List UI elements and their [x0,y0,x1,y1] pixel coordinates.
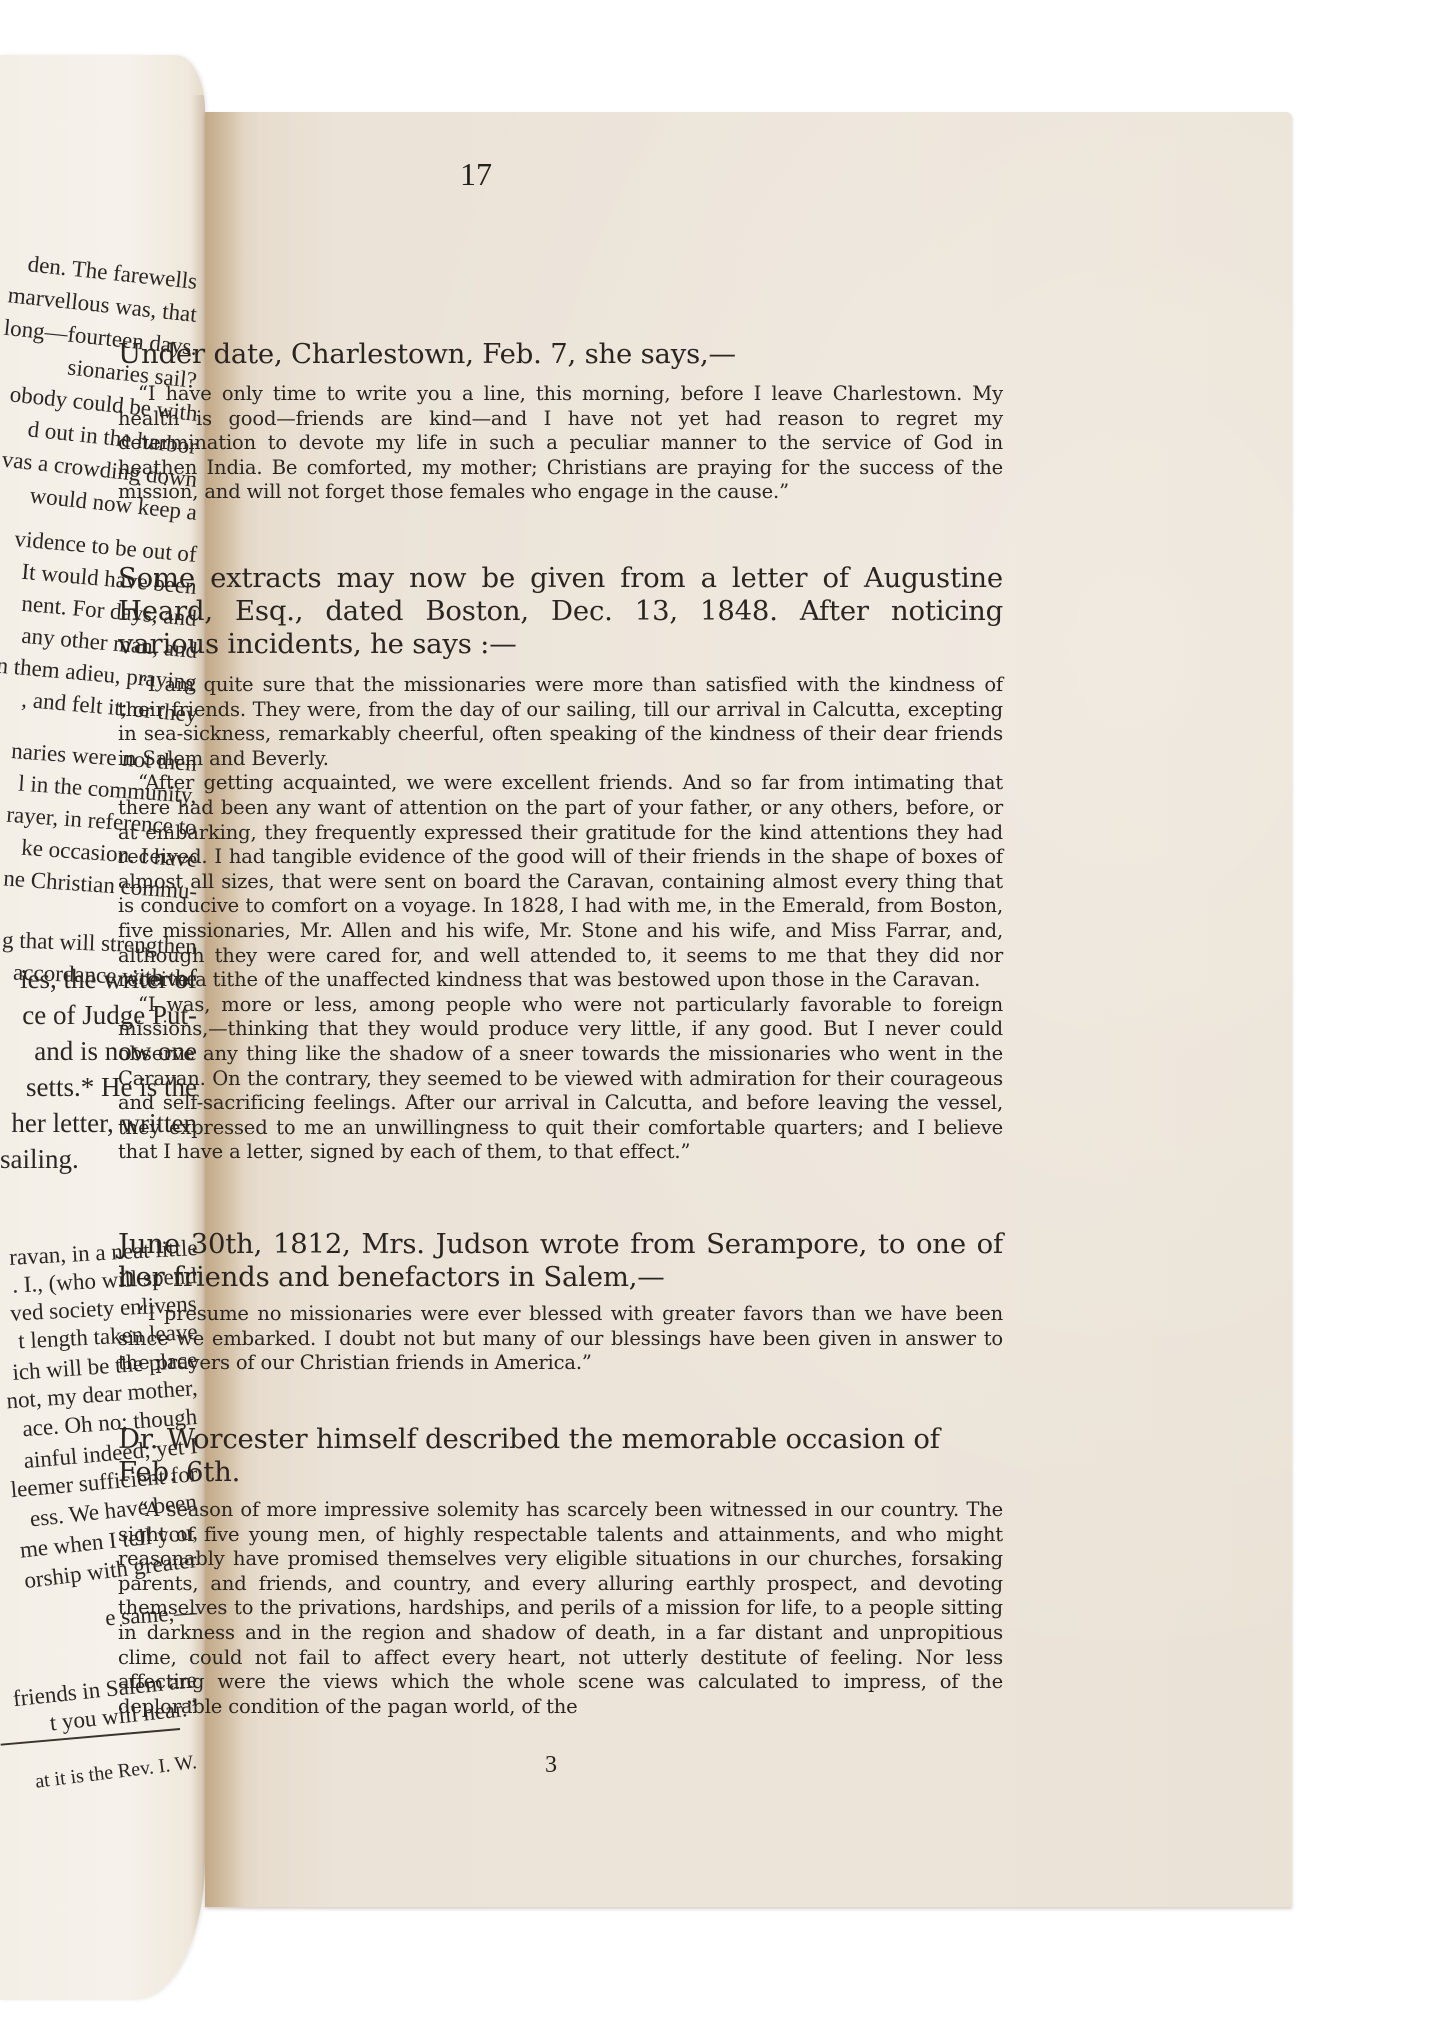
lead-paragraph: Under date, Charlestown, Feb. 7, she say… [118,338,1003,371]
quote-charlestown: “I have only time to write you a line, t… [118,382,1003,505]
lead-paragraph: Dr. Worcester himself described the memo… [118,1423,1003,1489]
quote-worcester: “A season of more impressive solemity ha… [118,1498,1003,1719]
left-page-line: sailing. [0,1146,79,1173]
intro-worcester: Dr. Worcester himself described the memo… [118,1423,1003,1489]
quote-heard-letter: “I am quite sure that the missionaries w… [118,673,1003,1165]
quote-paragraph: “After getting acquainted, we were excel… [118,771,1003,992]
left-page-line: at it is the Rev. I. W. [34,1752,198,1792]
quote-judson: “I presume no missionaries were ever ble… [118,1302,1003,1376]
signature-mark: 3 [545,1752,557,1779]
quote-paragraph: “I am quite sure that the missionaries w… [118,673,1003,771]
lead-paragraph: June 30th, 1812, Mrs. Judson wrote from … [118,1228,1003,1294]
quote-paragraph: “I presume no missionaries were ever ble… [118,1302,1003,1376]
quote-paragraph: “A season of more impressive solemity ha… [118,1498,1003,1719]
quote-paragraph: “I was, more or less, among people who w… [118,993,1003,1165]
intro-heard-letter: Some extracts may now be given from a le… [118,562,1003,661]
quote-paragraph: “I have only time to write you a line, t… [118,382,1003,505]
intro-charlestown: Under date, Charlestown, Feb. 7, she say… [118,338,1003,371]
page-number: 17 [460,156,492,193]
lead-paragraph: Some extracts may now be given from a le… [118,562,1003,661]
intro-judson: June 30th, 1812, Mrs. Judson wrote from … [118,1228,1003,1294]
